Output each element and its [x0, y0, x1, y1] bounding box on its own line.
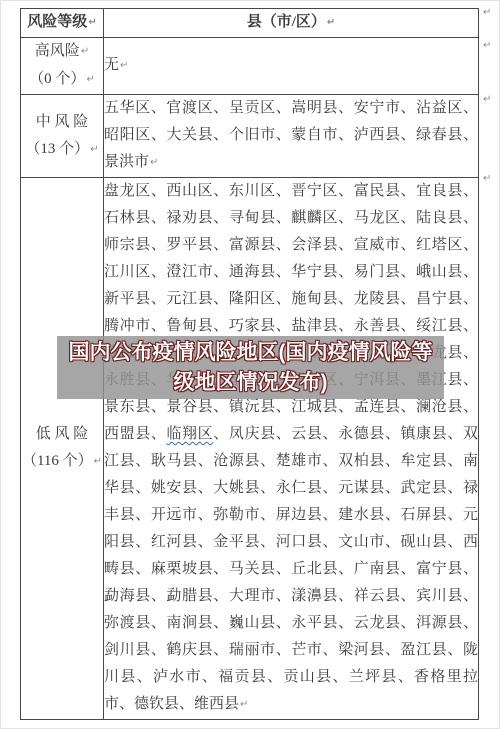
- low-risk-count: （116 个）: [22, 453, 93, 469]
- paragraph-mark-icon: ↵: [326, 10, 335, 36]
- low-risk-count-line: （116 个）↵: [21, 448, 103, 476]
- table-row-high-risk: 高风险↵ （0 个）↵ 无↵: [21, 38, 479, 95]
- table-header-row: 风险等级↵ 县（市/区）↵: [21, 9, 479, 38]
- header-county-label: 县（市/区）: [247, 14, 326, 30]
- paragraph-mark-icon: ↵: [93, 448, 102, 475]
- areas-text-segment: 盘龙区、西山区、东川区、晋宁区、富民县、宜良县、石林县、禄劝县、寻甸县、麒麟区、…: [104, 183, 478, 442]
- spellcheck-underlined-word: 临翔区: [166, 426, 213, 442]
- medium-risk-level-cell: 中 风 险 （13 个）↵: [21, 95, 104, 178]
- low-risk-label: 低 风 险: [21, 421, 103, 448]
- table-row-low-risk: 低 风 险 （116 个）↵ 盘龙区、西山区、东川区、晋宁区、富民县、宜良县、石…: [21, 178, 479, 720]
- high-risk-areas-text: 无: [104, 57, 119, 73]
- medium-risk-areas-cell: 五华区、官渡区、呈贡区、嵩明县、安宁市、沾益区、昭阳区、大关县、个旧市、蒙自市、…: [104, 95, 479, 178]
- medium-risk-count: （13 个）: [25, 141, 89, 157]
- low-risk-level-cell: 低 风 险 （116 个）↵: [21, 178, 104, 720]
- paragraph-mark-icon: ↵: [87, 10, 96, 36]
- document-page: { "page": { "paragraph_mark": "↵", "over…: [0, 0, 500, 729]
- paragraph-mark-icon: ↵: [89, 136, 98, 163]
- header-risk-level-label: 风险等级: [27, 14, 87, 30]
- paragraph-mark-icon: ↵: [80, 38, 89, 65]
- header-risk-level: 风险等级↵: [21, 9, 104, 38]
- low-risk-areas-text: 盘龙区、西山区、东川区、晋宁区、富民县、宜良县、石林县、禄劝县、寻甸县、麒麟区、…: [104, 183, 478, 712]
- high-risk-label-line: 高风险↵: [21, 38, 103, 66]
- watermark-caption-banner: 国内公布疫情风险地区(国内疫情风险等级地区情况发布): [57, 336, 444, 399]
- high-risk-areas-cell: 无↵: [104, 38, 479, 95]
- high-risk-level-cell: 高风险↵ （0 个）↵: [21, 38, 104, 95]
- medium-risk-areas-text: 五华区、官渡区、呈贡区、嵩明县、安宁市、沾益区、昭阳区、大关县、个旧市、蒙自市、…: [104, 100, 478, 170]
- high-risk-label: 高风险: [35, 43, 80, 59]
- high-risk-count-line: （0 个）↵: [21, 66, 103, 94]
- paragraph-mark-icon: ↵: [483, 173, 491, 184]
- paragraph-mark-icon: ↵: [483, 7, 491, 18]
- paragraph-mark-icon: ↵: [85, 66, 94, 93]
- paragraph-mark-icon: ↵: [149, 149, 158, 176]
- paragraph-mark-icon: ↵: [119, 52, 128, 79]
- watermark-caption-text: 国内公布疫情风险地区(国内疫情风险等级地区情况发布): [61, 338, 440, 398]
- areas-text-segment: 、凤庆县、云县、永德县、镇康县、双江县、耿马县、沧源县、楚雄市、双柏县、牟定县、…: [104, 426, 478, 712]
- paragraph-mark-icon: ↵: [483, 94, 491, 105]
- header-county: 县（市/区）↵: [104, 9, 479, 38]
- low-risk-areas-cell: 盘龙区、西山区、东川区、晋宁区、富民县、宜良县、石林县、禄劝县、寻甸县、麒麟区、…: [104, 178, 479, 720]
- paragraph-mark-icon: ↵: [483, 40, 491, 51]
- table-row-medium-risk: 中 风 险 （13 个）↵ 五华区、官渡区、呈贡区、嵩明县、安宁市、沾益区、昭阳…: [21, 95, 479, 178]
- high-risk-count: （0 个）: [29, 71, 85, 87]
- paragraph-mark-icon: ↵: [239, 691, 248, 718]
- medium-risk-count-line: （13 个）↵: [21, 136, 103, 164]
- medium-risk-label: 中 风 险: [21, 109, 103, 136]
